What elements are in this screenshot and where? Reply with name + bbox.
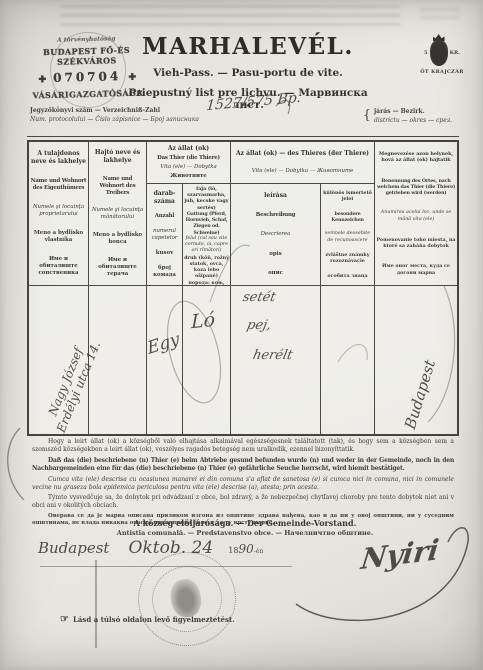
certification-german: Daß das (die) beschriebene (n) Thier (e)… [32,457,454,473]
count-entry-cell: Egy [147,286,183,434]
owner-header-sr: Име и обиталиште сопственика [30,256,87,277]
group-header-animal: Az állat (ok) Das Thier (die Thiere) Vit… [147,142,231,184]
driver-header-de: Name und Wohnort des Treibers [90,176,145,197]
col-header-destination: Megnevezése azon helynek, hová az állat … [375,142,457,286]
desc-header-ro: Descrierea [232,231,319,238]
desc-header-hu: leírása [232,192,319,200]
certification-slovak: Týmto vysvedčuje sa, že dobytok pri odvá… [32,494,454,510]
dest-header-sk: Pomenovanie toho miesta, na ktoré sa zah… [376,237,456,249]
revenue-stamp-value-left: 5 [424,50,427,56]
protocol-row: Jegyzőkönyvi szám — Verzeichniß-Zahl Num… [30,104,458,134]
species-header-de: Gattung (Pferd, Hornvieh, Schaf, Ziegen … [184,211,229,236]
desc-header-sk: opis [232,251,319,258]
owner-header-ro: Numele şi locuinţa proprietarului [30,204,87,218]
brace-icon: { [363,106,371,126]
description-handwritten-line1: setét [241,290,277,305]
bleed-through-text [60,3,400,27]
revenue-stamp-caption: ÖT KRAJCZÁR [415,69,469,75]
revenue-stamp-value-right: KR. [450,50,460,56]
marhalevel-document: A törvényhatóság BUDAPEST FŐ-ÉS SZÉKVÁRO… [0,0,483,670]
marks-header-de: besondere Kennzeichen [322,211,373,223]
desc-header-sr: опис [232,270,319,277]
col-header-driver: Hajtó neve és lakhelye Name und Wohnort … [89,142,147,286]
count-handwritten: Egy [146,329,181,359]
signature-block-line1: A község elöljárósága. — Der Gemeinde-Vo… [60,517,430,529]
authority-signature-block: A község elöljárósága. — Der Gemeinde-Vo… [60,517,430,539]
footer-note-text: Lásd a túlsó oldalon levő figyelmeztetés… [73,615,235,624]
bleed-through-text-right [420,6,460,24]
animal-group-line4: Животните [148,173,229,180]
marks-header-ro: semnele deosebite de recunoascere [322,231,373,243]
animal-group-line3: Vita (ele) — Dobytka [148,164,229,171]
ornament-cross-left-icon: ✚ [38,75,46,85]
certification-hungarian: Hogy a leirt állat (ok) a községből való… [32,438,454,454]
protocol-label-line1: Jegyzőkönyvi szám — Verzeichniß-Zahl [30,106,230,115]
species-entry-cell: Ló [183,286,231,434]
count-header-sr: број комада [148,265,181,279]
driver-header-sk: Meno a bydlisko honca [90,232,145,246]
document-subtitle-1: Vieh-Pass. — Pasu-portu de vite. [128,67,368,79]
marks-header-sr: особита знаца [322,273,373,279]
marks-header-hu: különös ismertető jelei [322,190,373,202]
owner-header-sk: Meno a bydlisko vlastníka [30,230,87,244]
species-header-ro: felul (cal sau vite cornute, oi, capre o… [184,236,229,255]
desc-header-de: Beschreibung [232,212,319,219]
col-header-owner: A tulajdonos neve és lakhelye Name und W… [29,142,89,286]
place-handwritten: Budapest [38,539,109,557]
official-round-seal [131,545,242,653]
dest-header-de: Benennung des Ortes, nach welchem das Th… [376,178,456,197]
year-printed-suffix: -én [254,548,263,555]
dest-header-sr: Име оног места, куда се догони марва [376,263,456,275]
owner-header-hu: A tulajdonos neve és lakhelye [30,150,87,166]
driver-header-hu: Hajtó neve és lakhelye [90,149,145,165]
document-title: MARHALEVÉL. [128,33,368,60]
district-labels: { járás — Bezirk. districtu — okres — ср… [363,106,452,126]
driver-entry-cell [89,286,147,434]
protocol-number-labels: Jegyzőkönyvi szám — Verzeichniß-Zahl Num… [30,106,230,124]
year-handwritten: 90 [238,542,253,556]
coat-of-arms-icon [430,40,448,66]
owner-header-de: Name und Wohnort des Eigenthümers [30,178,87,192]
col-header-marks: különös ismertető jelei besondere Kennze… [321,184,375,286]
marks-header-sk: zvláštne známky rozoznávacie [322,252,373,264]
district-label-line2: districtu — okres — срез. [374,116,452,125]
description-entry-cell: setét pej, herélt [231,286,321,434]
animal-passport-table: A tulajdonos neve és lakhelye Name und W… [27,140,459,436]
dest-header-hu: Megnevezése azon helynek, hová az állat … [376,151,456,163]
certification-romanian: Cumca vita (ele) descrisa cu ocasiunea m… [32,476,454,492]
desc-group-line1: Az állat (ok) — des Thieres (der Thiere) [232,150,373,158]
description-handwritten-line2: pej, [245,318,272,333]
driver-header-ro: Numele şi locuinţa mânătorului [90,207,145,221]
desc-group-line2: Vita (ele) — Dobytka — Животните [232,168,373,175]
count-header-de: Anzahl [148,213,181,220]
year-printed-prefix: 18 [228,546,238,555]
species-header-hu: faja (ló, szarvasmarha, juh, kecske vagy… [184,186,229,211]
pointing-hand-icon: ☞ [60,614,69,625]
revenue-stamp: 5 KR. ÖT KRAJCZÁR [415,40,469,75]
marks-entry-cell [321,286,375,434]
species-handwritten: Ló [191,309,215,334]
dest-header-ro: Anumirea acelui loc, unde se mână vita (… [376,210,456,222]
animal-group-line2: Das Thier (die Thiere) [148,155,229,162]
species-header-sk: druh (kôň, rožný statok, ovca, koza lebo… [184,255,229,280]
owner-entry-cell: Nagy József Erdélyi utca 14. [29,286,89,434]
official-signature-handwritten: Nyiri [359,533,440,576]
protocol-label-line2: Num. protocolului — Číslo zápisnice — Бр… [30,115,230,124]
col-header-count: darab-száma Anzahl numerul capetelor kus… [147,184,183,286]
district-label-line1: járás — Bezirk. [374,107,452,116]
col-header-species: faja (ló, szarvasmarha, juh, kecske vagy… [183,184,231,286]
destination-handwritten: Budapest [401,358,439,432]
description-handwritten-line3: herélt [251,348,294,363]
animal-group-line1: Az állat (ok) [148,145,229,153]
col-header-description: leírása Beschreibung Descrierea opis опи… [231,184,321,286]
footer-note: ☞Lásd a túlsó oldalon levő figyelmezteté… [60,614,235,625]
count-header-ro: numerul capetelor [148,228,181,242]
destination-entry-cell: Budapest [375,286,457,434]
count-header-sk: kusov [148,250,181,257]
group-header-description: Az állat (ok) — des Thieres (der Thiere)… [231,142,375,184]
count-header-hu: darab-száma [148,190,181,206]
driver-header-sr: Име и обиталиште терача [90,257,145,278]
